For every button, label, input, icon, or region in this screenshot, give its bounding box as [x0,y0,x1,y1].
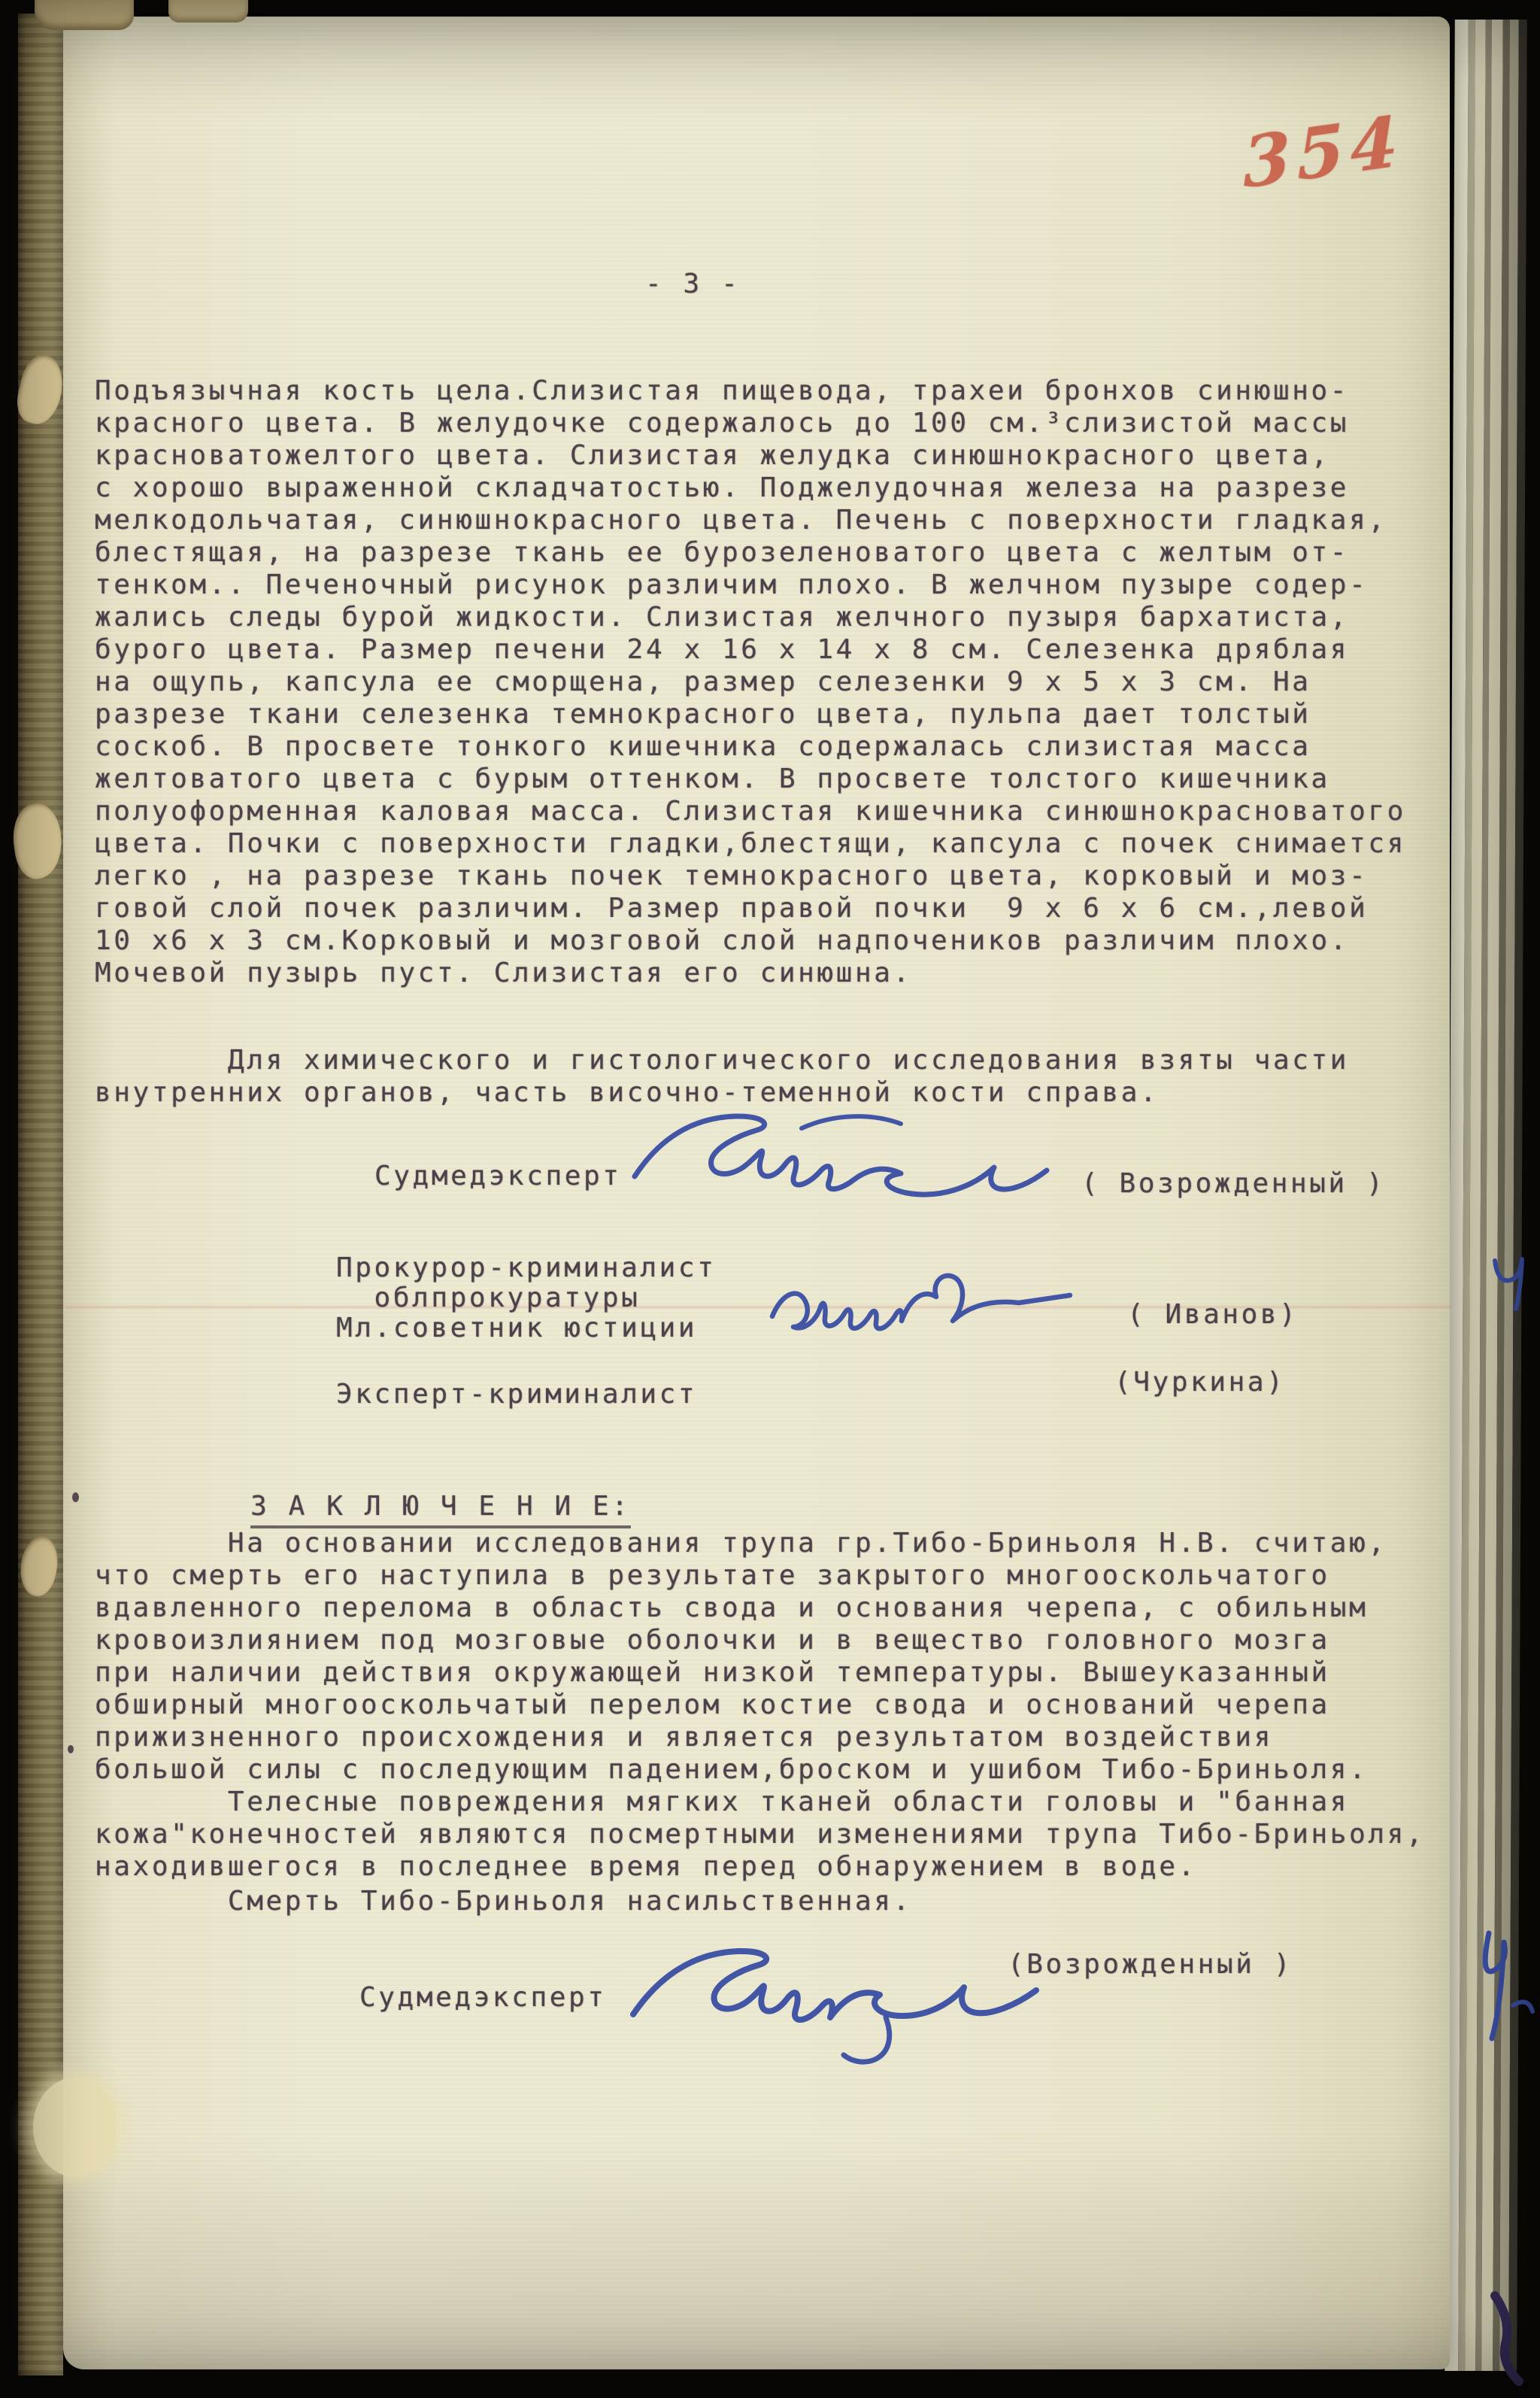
scanned-autopsy-report-page: 354 - 3 - Подъязычная кость цела.Слизист… [0,0,1540,2398]
text-line: находившегося в последнее время перед об… [95,1850,1425,1883]
text-line: говой слой почек различим. Размер правой… [95,892,1406,924]
text-line: блестящая, на разрезе ткань ее бурозелен… [95,536,1406,569]
signature4-name: (Возрожденный ) [1008,1948,1293,1981]
text-line: полуоформенная каловая масса. Слизистая … [95,795,1406,827]
signature2-name: ( Иванов) [1127,1298,1298,1331]
text-line: цвета. Почки с поверхности гладки,блестя… [95,827,1406,860]
text-line: Телесные повреждения мягких тканей облас… [95,1786,1425,1818]
edge-ink-mark [1487,1250,1537,1319]
text-line: красного цвета. В желудочке содержалось … [95,407,1406,439]
text-line: кровоизлиянием под мозговые оболочки и в… [95,1624,1425,1656]
text-line: легко , на разрезе ткань почек темнокрас… [95,860,1406,892]
text-line: 10 х6 х 3 см.Корковый и мозговой слой на… [95,924,1406,957]
signature2-role: Прокурор-криминалист облпрокуратурыМл.со… [336,1253,716,1343]
signature1-role: Судмедэксперт [374,1160,622,1192]
text-line: большой силы с последующим падением,брос… [95,1753,1425,1786]
ink-speck [72,1492,79,1502]
conclusion-text: На основании исследования трупа гр.Тибо-… [95,1527,1425,1883]
edge-ink-mark [1466,1917,1540,2075]
ink-speck [68,1745,74,1753]
signature4-ink [624,1911,1045,2076]
text-line: мелкодольчатая, синюшнокрасного цвета. П… [95,504,1406,536]
text-line: Прокурор-криминалист [336,1253,716,1283]
text-line: соскоб. В просвете тонкого кишечника сод… [95,730,1406,763]
paper-scrap [168,0,248,23]
signature3-name: (Чуркина) [1114,1366,1285,1398]
text-line: вдавленного перелома в область свода и о… [95,1592,1425,1624]
text-line: разрезе ткани селезенка темнокрасного цв… [95,698,1406,730]
signature4-role: Судмедэксперт [359,1981,607,2014]
text-line: на ощупь, капсула ее сморщена, размер се… [95,666,1406,698]
signature2-ink [756,1241,1087,1361]
text-line: Для химического и гистологического иссле… [95,1044,1349,1076]
text-line: Мл.советник юстиции [336,1313,716,1343]
edge-ink-mark [1478,2287,1540,2392]
text-line: жались следы бурой жидкости. Слизистая ж… [95,601,1406,633]
text-line: при наличии действия окружающей низкой т… [95,1656,1425,1689]
paper-blotch [33,2078,117,2177]
text-line: красноватожелтого цвета. Слизистая желуд… [95,439,1406,472]
text-line: Подъязычная кость цела.Слизистая пищевод… [95,375,1406,407]
text-line: прижизненного происхождения и является р… [95,1721,1425,1753]
typed-page-number: - 3 - [645,268,740,300]
text-line: с хорошо выраженной складчатостью. Подже… [95,472,1406,504]
text-line: бурого цвета. Размер печени 24 х 16 х 14… [95,633,1406,666]
signature3-role: Эксперт-криминалист [336,1378,697,1410]
signature1-name: ( Возрожденный ) [1081,1167,1385,1200]
signature1-ink [624,1083,1060,1234]
text-line: что смерть его наступила в результате за… [95,1559,1425,1592]
text-line: Мочевой пузырь пуст. Слизистая его синюш… [95,957,1406,989]
text-line: тенком.. Печеночный рисунок различим пло… [95,569,1406,601]
text-line: желтоватого цвета с бурым оттенком. В пр… [95,763,1406,795]
text-line: На основании исследования трупа гр.Тибо-… [95,1527,1425,1559]
text-line: облпрокуратуры [336,1283,716,1313]
text-line: кожа"конечностей являются посмертными из… [95,1818,1425,1850]
autopsy-findings-text: Подъязычная кость цела.Слизистая пищевод… [95,375,1406,989]
paper-scrap [35,0,134,30]
text-line: обширный многооскольчатый перелом костие… [95,1689,1425,1721]
